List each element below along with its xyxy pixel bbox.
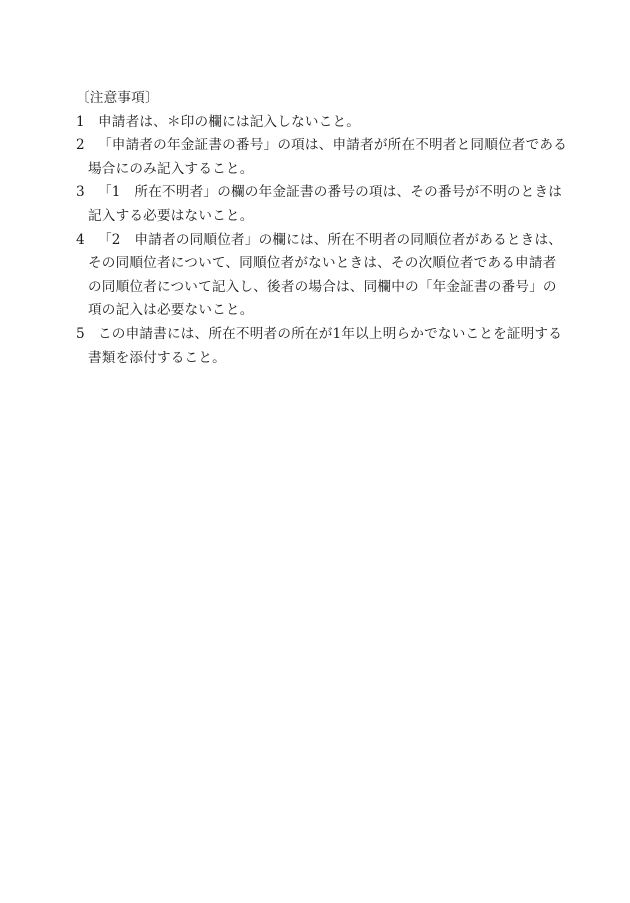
note-line: 書類を添付すること。 [88, 347, 562, 371]
note-text: この申請書には、所在不明者の所在が1年以上明らかでないことを証明する 書類を添付… [88, 323, 562, 370]
document-page: 〔注意事項〕 1 申請者は、＊印の欄には記入しないこと。 2 「申請者の年金証書… [0, 0, 630, 903]
note-number: 1 [76, 111, 88, 135]
note-number: 4 [76, 229, 88, 253]
note-line: 「2 申請者の同順位者」の欄には、所在不明者の同順位者があるときは、 [98, 229, 562, 253]
note-line: 「申請者の年金証書の番号」の項は、申請者が所在不明者と同順位者である [98, 134, 567, 158]
note-text: 「申請者の年金証書の番号」の項は、申請者が所在不明者と同順位者である 場合にのみ… [88, 134, 567, 181]
notes-section: 〔注意事項〕 1 申請者は、＊印の欄には記入しないこと。 2 「申請者の年金証書… [76, 87, 556, 370]
note-text: 申請者は、＊印の欄には記入しないこと。 [88, 111, 556, 135]
note-text: 「1 所在不明者」の欄の年金証書の番号の項は、その番号が不明のときは 記入する必… [88, 181, 562, 228]
note-line: の同順位者について記入し、後者の場合は、同欄中の「年金証書の番号」の [88, 276, 562, 300]
note-line: 記入する必要はないこと。 [88, 205, 562, 229]
note-line: 申請者は、＊印の欄には記入しないこと。 [98, 111, 556, 135]
note-line: その同順位者について、同順位者がないときは、その次順位者である申請者 [88, 252, 562, 276]
note-line: 場合にのみ記入すること。 [88, 158, 567, 182]
note-line: 「1 所在不明者」の欄の年金証書の番号の項は、その番号が不明のときは [98, 181, 562, 205]
note-line: この申請書には、所在不明者の所在が1年以上明らかでないことを証明する [98, 323, 562, 347]
note-item-1: 1 申請者は、＊印の欄には記入しないこと。 [76, 111, 556, 135]
note-number: 2 [76, 134, 88, 158]
note-number: 3 [76, 181, 88, 205]
note-item-5: 5 この申請書には、所在不明者の所在が1年以上明らかでないことを証明する 書類を… [76, 323, 556, 370]
notes-title: 〔注意事項〕 [76, 87, 556, 111]
note-item-3: 3 「1 所在不明者」の欄の年金証書の番号の項は、その番号が不明のときは 記入す… [76, 181, 556, 228]
note-item-2: 2 「申請者の年金証書の番号」の項は、申請者が所在不明者と同順位者である 場合に… [76, 134, 556, 181]
note-number: 5 [76, 323, 88, 347]
note-item-4: 4 「2 申請者の同順位者」の欄には、所在不明者の同順位者があるときは、 その同… [76, 229, 556, 323]
note-text: 「2 申請者の同順位者」の欄には、所在不明者の同順位者があるときは、 その同順位… [88, 229, 562, 323]
note-line: 項の記入は必要ないこと。 [88, 299, 562, 323]
